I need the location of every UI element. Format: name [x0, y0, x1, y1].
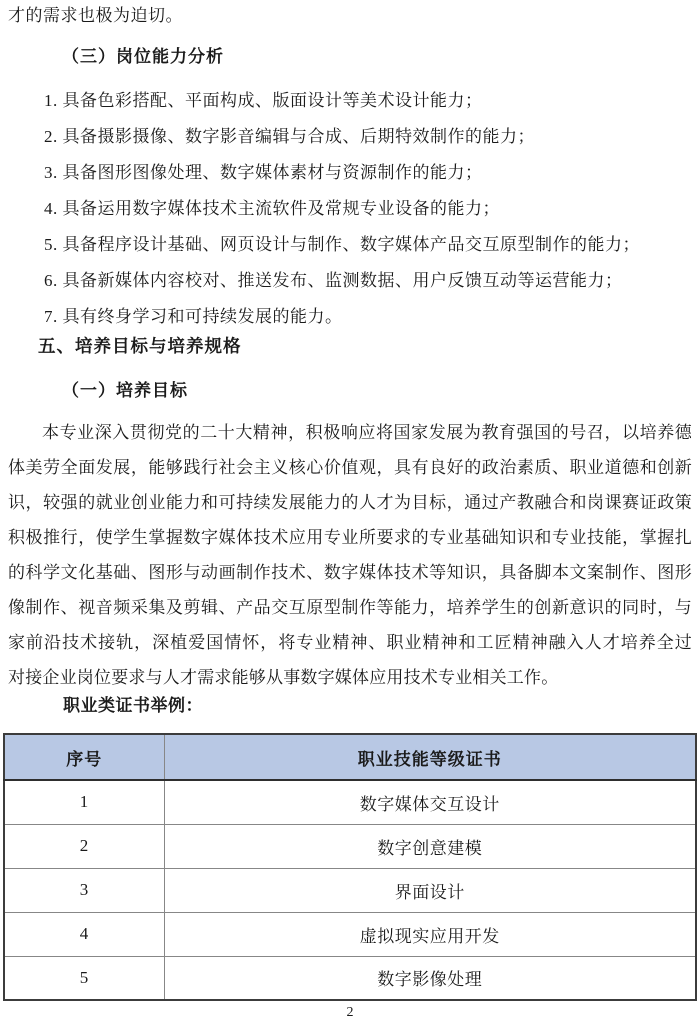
ability-list: 1. 具备色彩搭配、平面构成、版面设计等美术设计能力； 2. 具备摄影摄像、数字…	[8, 83, 692, 335]
certificate-table-body: 1 数字媒体交互设计 2 数字创意建模 3 界面设计 4 虚拟现实应用开发 5 …	[4, 780, 696, 1000]
cert-index-cell: 3	[4, 868, 164, 912]
paragraph-line: 识，较强的就业创业能力和可持续发展能力的人才为目标，通过产教融合和岗课赛证政策的	[8, 485, 692, 520]
table-row: 1 数字媒体交互设计	[4, 780, 696, 824]
subsection-heading-training-target: （一）培养目标	[62, 380, 692, 402]
certificate-table: 序号 职业技能等级证书 1 数字媒体交互设计 2 数字创意建模 3 界面设计 4…	[3, 733, 697, 1001]
continuation-text: 才的需求也极为迫切。	[8, 6, 692, 26]
table-row: 3 界面设计	[4, 868, 696, 912]
ability-item: 6. 具备新媒体内容校对、推送发布、监测数据、用户反馈互动等运营能力；	[44, 263, 692, 299]
paragraph-line: 体美劳全面发展，能够践行社会主义核心价值观，具有良好的政治素质、职业道德和创新意	[8, 450, 692, 485]
table-header-row: 序号 职业技能等级证书	[4, 734, 696, 780]
certificate-intro: 职业类证书举例：	[63, 695, 692, 716]
table-header-certificate: 职业技能等级证书	[164, 734, 696, 780]
cert-name-cell: 界面设计	[164, 868, 696, 912]
table-row: 4 虚拟现实应用开发	[4, 912, 696, 956]
section-heading-job-ability: （三）岗位能力分析	[62, 47, 692, 67]
table-row: 5 数字影像处理	[4, 956, 696, 1000]
cert-name-cell: 数字创意建模	[164, 824, 696, 868]
ability-item: 2. 具备摄影摄像、数字影音编辑与合成、后期特效制作的能力；	[44, 119, 692, 155]
paragraph-line: 本专业深入贯彻党的二十大精神，积极响应将国家发展为教育强国的号召，以培养德智	[8, 415, 692, 450]
ability-item: 1. 具备色彩搭配、平面构成、版面设计等美术设计能力；	[44, 83, 692, 119]
cert-name-cell: 虚拟现实应用开发	[164, 912, 696, 956]
ability-item: 5. 具备程序设计基础、网页设计与制作、数字媒体产品交互原型制作的能力；	[44, 227, 692, 263]
ability-item: 7. 具有终身学习和可持续发展的能力。	[44, 299, 692, 335]
document-page: 才的需求也极为迫切。 （三）岗位能力分析 1. 具备色彩搭配、平面构成、版面设计…	[0, 0, 700, 1028]
cert-index-cell: 1	[4, 780, 164, 824]
paragraph-line: 对接企业岗位要求与人才需求能够从事数字媒体应用技术专业相关工作。	[8, 660, 692, 695]
table-header-index: 序号	[4, 734, 164, 780]
paragraph-line: 积极推行，使学生掌握数字媒体技术应用专业所要求的专业基础知识和专业技能，掌握扎实	[8, 520, 692, 555]
ability-item: 3. 具备图形图像处理、数字媒体素材与资源制作的能力；	[44, 155, 692, 191]
section-heading-training-goals: 五、培养目标与培养规格	[38, 335, 692, 357]
certificate-table-header: 序号 职业技能等级证书	[4, 734, 696, 780]
cert-name-cell: 数字媒体交互设计	[164, 780, 696, 824]
page-number: 2	[8, 1005, 692, 1021]
cert-index-cell: 2	[4, 824, 164, 868]
paragraph-line: 像制作、视音频采集及剪辑、产品交互原型制作等能力，培养学生的创新意识的同时，与国	[8, 590, 692, 625]
cert-name-cell: 数字影像处理	[164, 956, 696, 1000]
training-goal-paragraph: 本专业深入贯彻党的二十大精神，积极响应将国家发展为教育强国的号召，以培养德智 体…	[8, 415, 692, 695]
paragraph-line: 家前沿技术接轨，深植爱国情怀，将专业精神、职业精神和工匠精神融入人才培养全过程，	[8, 625, 692, 660]
paragraph-line: 的科学文化基础、图形与动画制作技术、数字媒体技术等知识，具备脚本文案制作、图形图	[8, 555, 692, 590]
cert-index-cell: 5	[4, 956, 164, 1000]
cert-index-cell: 4	[4, 912, 164, 956]
ability-item: 4. 具备运用数字媒体技术主流软件及常规专业设备的能力；	[44, 191, 692, 227]
table-row: 2 数字创意建模	[4, 824, 696, 868]
